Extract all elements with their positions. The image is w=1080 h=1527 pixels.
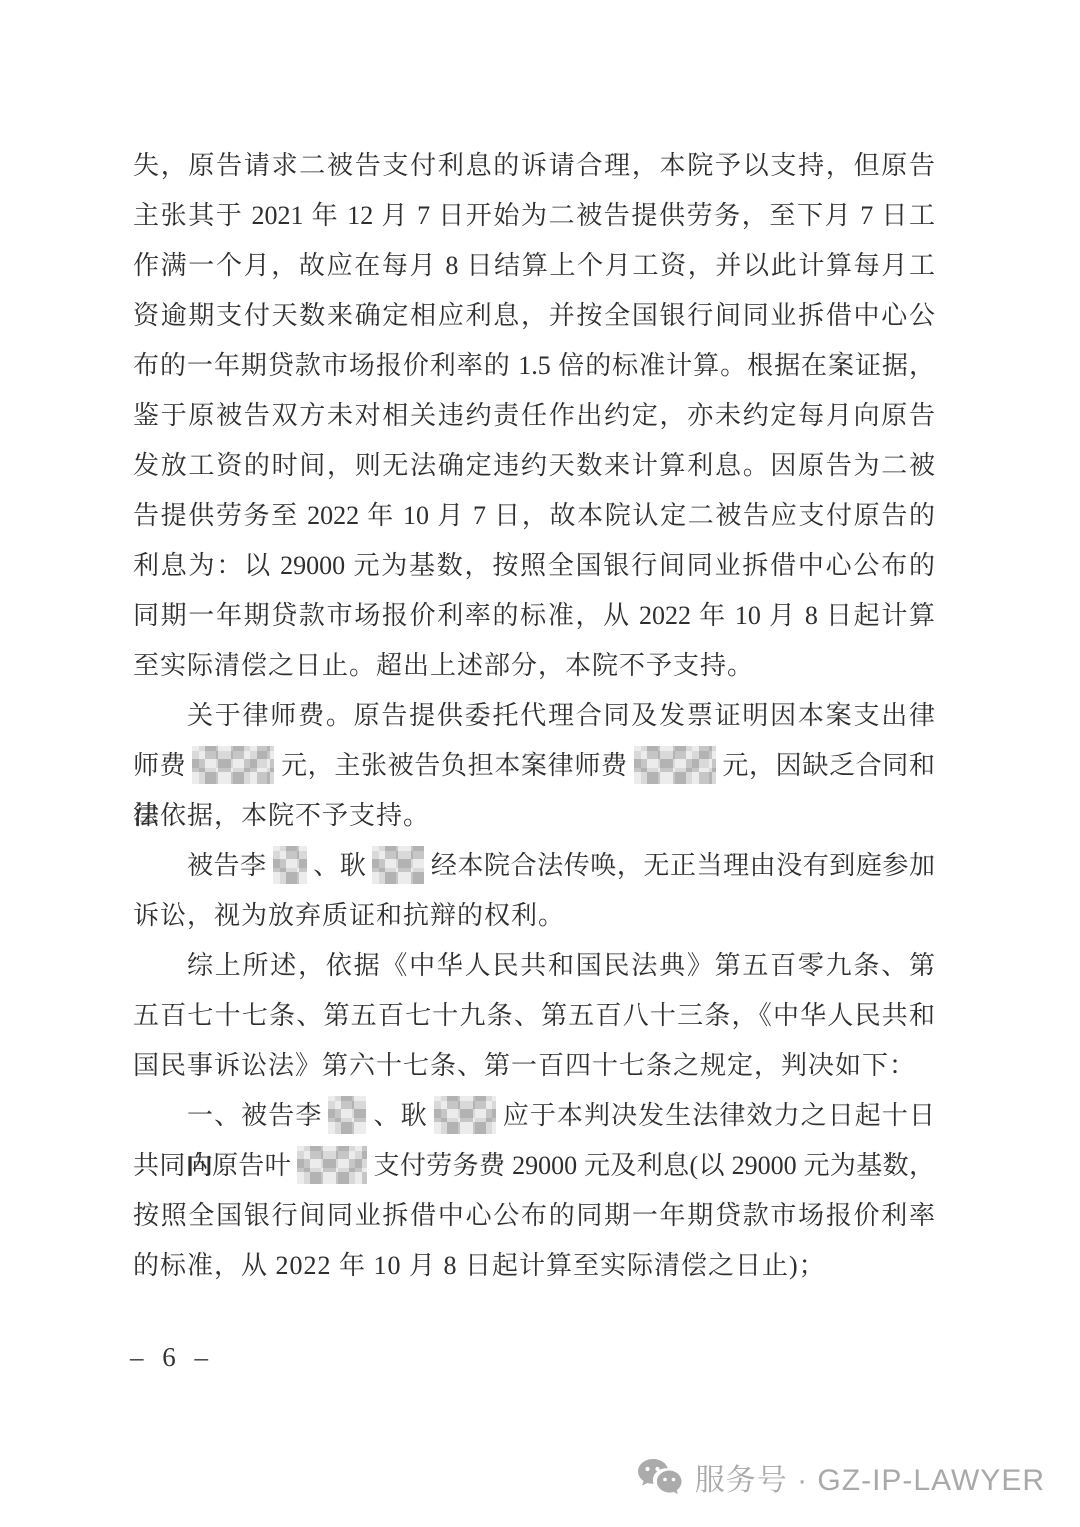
redaction-mosaic [297, 1146, 367, 1184]
document-line: 发放工资的时间，则无法确定违约天数来计算利息。因原告为二被 [133, 441, 935, 491]
line-text: 经本院合法传唤，无正当理由没有到庭参加 [430, 851, 935, 880]
document-line: 同期一年期贷款市场报价利率的标准，从 2022 年 10 月 8 日起计算 [133, 591, 935, 641]
document-line: 告提供劳务至 2022 年 10 月 7 日，故本院认定二被告应支付原告的 [133, 491, 935, 541]
document-line: 布的一年期贷款市场报价利率的 1.5 倍的标准计算。根据在案证据， [133, 341, 935, 391]
redaction-mosaic [634, 746, 716, 784]
redaction-mosaic [434, 1096, 496, 1134]
line-text: 共同向原告叶 [133, 1151, 291, 1180]
document-line: 的标准，从 2022 年 10 月 8 日起计算至实际清偿之日止)； [133, 1241, 935, 1291]
document-line: 作满一个月，故应在每月 8 日结算上个月工资，并以此计算每月工 [133, 241, 935, 291]
document-line: 资逾期支付天数来确定相应利息，并按全国银行间同业拆借中心公 [133, 291, 935, 341]
document-line: 诉讼，视为放弃质证和抗辩的权利。 [133, 891, 935, 941]
document-line: 五百七十七条、第五百七十九条、第五百八十三条，《中华人民共和 [133, 991, 935, 1041]
document-line: 按照全国银行间同业拆借中心公布的同期一年期贷款市场报价利率 [133, 1191, 935, 1241]
document-line: 失，原告请求二被告支付利息的诉请合理，本院予以支持，但原告 [133, 141, 935, 191]
line-text: 、耿 [372, 1101, 427, 1130]
page-number: – 6 – [130, 1342, 214, 1373]
document-line: 一、被告李、耿应于本判决发生法律效力之日起十日内 [133, 1091, 935, 1141]
document-line: 至实际清偿之日止。超出上述部分，本院不予支持。 [133, 641, 935, 691]
document-line: 国民事诉讼法》第六十七条、第一百四十七条之规定，判决如下： [133, 1041, 935, 1091]
judgment-body: 失，原告请求二被告支付利息的诉请合理，本院予以支持，但原告 主张其于 2021 … [133, 141, 935, 1291]
line-text: 元，主张被告负担本案律师费 [280, 751, 627, 780]
redaction-mosaic [372, 846, 424, 884]
document-line: 律依据，本院不予支持。 [133, 791, 935, 841]
redaction-mosaic [328, 1096, 366, 1134]
document-line: 利息为：以 29000 元为基数，按照全国银行间同业拆借中心公布的 [133, 541, 935, 591]
line-text: 支付劳务费 29000 元及利息(以 29000 元为基数， [373, 1151, 935, 1180]
document-line: 鉴于原被告双方未对相关违约责任作出约定，亦未约定每月向原告 [133, 391, 935, 441]
document-line: 被告李、耿经本院合法传唤，无正当理由没有到庭参加 [133, 841, 935, 891]
wechat-icon [637, 1457, 683, 1497]
footer-watermark: 服务号 · GZ-IP-LAWYER [637, 1455, 1045, 1499]
footer-account-label: 服务号 · GZ-IP-LAWYER [695, 1455, 1045, 1499]
line-text: 一、被告李 [187, 1101, 322, 1130]
document-line: 师费元，主张被告负担本案律师费元，因缺乏合同和法 [133, 741, 935, 791]
document-line: 综上所述，依据《中华人民共和国民法典》第五百零九条、第 [133, 941, 935, 991]
document-line: 关于律师费。原告提供委托代理合同及发票证明因本案支出律 [133, 691, 935, 741]
line-text: 被告李 [187, 851, 267, 880]
line-text: 、耿 [313, 851, 367, 880]
redaction-mosaic [273, 846, 307, 884]
document-line: 共同向原告叶支付劳务费 29000 元及利息(以 29000 元为基数， [133, 1141, 935, 1191]
document-line: 主张其于 2021 年 12 月 7 日开始为二被告提供劳务，至下月 7 日工 [133, 191, 935, 241]
redaction-mosaic [192, 746, 274, 784]
line-text: 师费 [133, 751, 186, 780]
judgment-page: 失，原告请求二被告支付利息的诉请合理，本院予以支持，但原告 主张其于 2021 … [0, 0, 1080, 1527]
